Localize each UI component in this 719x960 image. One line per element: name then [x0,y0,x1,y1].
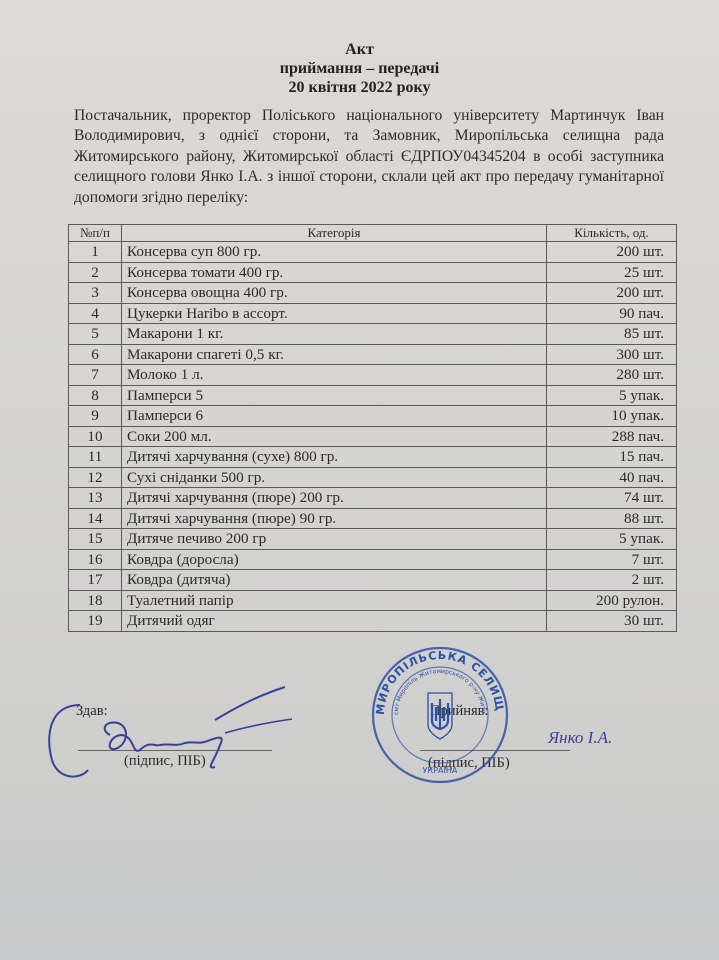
document-title: Акт [0,40,719,59]
row-quantity: 288 пач. [547,426,677,447]
row-quantity: 2 шт. [547,570,677,591]
row-number: 19 [69,611,122,632]
row-quantity: 200 шт. [547,242,677,263]
table-row: 5Макарони 1 кг.85 шт. [69,324,677,345]
row-category: Консерва овощна 400 гр. [122,283,547,304]
row-category: Соки 200 мл. [122,426,547,447]
row-quantity: 5 упак. [547,529,677,550]
row-number: 10 [69,426,122,447]
table-row: 19Дитячий одяг30 шт. [69,611,677,632]
row-category: Дитячий одяг [122,611,547,632]
row-category: Памперси 6 [122,406,547,427]
row-number: 8 [69,385,122,406]
row-number: 9 [69,406,122,427]
table-row: 12Сухі сніданки 500 гр.40 пач. [69,467,677,488]
row-category: Консерва суп 800 гр. [122,242,547,263]
document-date: 20 квітня 2022 року [0,78,719,97]
row-quantity: 200 рулон. [547,590,677,611]
header-quantity: Кількість, од. [547,225,677,242]
row-category: Макарони 1 кг. [122,324,547,345]
row-number: 12 [69,467,122,488]
table-header-row: №п/п Категорія Кількість, од. [69,225,677,242]
row-quantity: 88 шт. [547,508,677,529]
table-row: 3Консерва овощна 400 гр.200 шт. [69,283,677,304]
row-number: 15 [69,529,122,550]
row-number: 16 [69,549,122,570]
row-number: 11 [69,447,122,468]
row-category: Цукерки Haribo в ассорт. [122,303,547,324]
table-row: 6Макарони спагеті 0,5 кг.300 шт. [69,344,677,365]
row-quantity: 7 шт. [547,549,677,570]
row-quantity: 30 шт. [547,611,677,632]
document-heading: Акт приймання – передачі 20 квітня 2022 … [0,40,719,97]
row-quantity: 280 шт. [547,365,677,386]
row-quantity: 40 пач. [547,467,677,488]
document-subtitle: приймання – передачі [0,59,719,78]
row-category: Памперси 5 [122,385,547,406]
row-category: Дитяче печиво 200 гр [122,529,547,550]
table-row: 15Дитяче печиво 200 гр5 упак. [69,529,677,550]
row-number: 4 [69,303,122,324]
table-row: 14Дитячі харчування (пюре) 90 гр.88 шт. [69,508,677,529]
row-quantity: 300 шт. [547,344,677,365]
table-row: 1Консерва суп 800 гр.200 шт. [69,242,677,263]
stamp-bottom-text: УКРАЇНА [423,765,458,775]
row-category: Ковдра (доросла) [122,549,547,570]
row-category: Сухі сніданки 500 гр. [122,467,547,488]
row-category: Туалетний папір [122,590,547,611]
row-number: 17 [69,570,122,591]
row-number: 13 [69,488,122,509]
row-category: Макарони спагеті 0,5 кг. [122,344,547,365]
header-category: Категорія [122,225,547,242]
row-category: Молоко 1 л. [122,365,547,386]
row-category: Дитячі харчування (пюре) 90 гр. [122,508,547,529]
table-row: 4Цукерки Haribo в ассорт.90 пач. [69,303,677,324]
handed-over-signature [40,675,300,785]
row-number: 1 [69,242,122,263]
row-number: 14 [69,508,122,529]
table-row: 8Памперси 55 упак. [69,385,677,406]
row-number: 6 [69,344,122,365]
row-category: Дитячі харчування (сухе) 800 гр. [122,447,547,468]
official-stamp: МИРОПІЛЬСЬКА СЕЛИЩНА РАДА смт Миропіль Ж… [370,645,510,785]
row-number: 18 [69,590,122,611]
intro-paragraph: Постачальник, проректор Поліського націо… [74,106,664,208]
row-number: 2 [69,262,122,283]
aid-items-table: №п/п Категорія Кількість, од. 1Консерва … [68,224,677,632]
table-row: 13Дитячі харчування (пюре) 200 гр.74 шт. [69,488,677,509]
row-quantity: 74 шт. [547,488,677,509]
trident-icon [432,699,448,729]
table-row: 7Молоко 1 л.280 шт. [69,365,677,386]
row-category: Ковдра (дитяча) [122,570,547,591]
row-quantity: 15 пач. [547,447,677,468]
row-quantity: 200 шт. [547,283,677,304]
table-row: 16Ковдра (доросла)7 шт. [69,549,677,570]
table-row: 11Дитячі харчування (сухе) 800 гр.15 пач… [69,447,677,468]
table-row: 9Памперси 610 упак. [69,406,677,427]
row-quantity: 25 шт. [547,262,677,283]
row-category: Консерва томати 400 гр. [122,262,547,283]
row-number: 3 [69,283,122,304]
table-row: 17Ковдра (дитяча)2 шт. [69,570,677,591]
row-quantity: 85 шт. [547,324,677,345]
table-row: 10Соки 200 мл.288 пач. [69,426,677,447]
row-quantity: 90 пач. [547,303,677,324]
received-handwritten-name: Янко І.А. [548,728,612,748]
row-number: 5 [69,324,122,345]
header-number: №п/п [69,225,122,242]
row-quantity: 10 упак. [547,406,677,427]
table-row: 2Консерва томати 400 гр.25 шт. [69,262,677,283]
table-row: 18Туалетний папір200 рулон. [69,590,677,611]
row-category: Дитячі харчування (пюре) 200 гр. [122,488,547,509]
row-quantity: 5 упак. [547,385,677,406]
row-number: 7 [69,365,122,386]
